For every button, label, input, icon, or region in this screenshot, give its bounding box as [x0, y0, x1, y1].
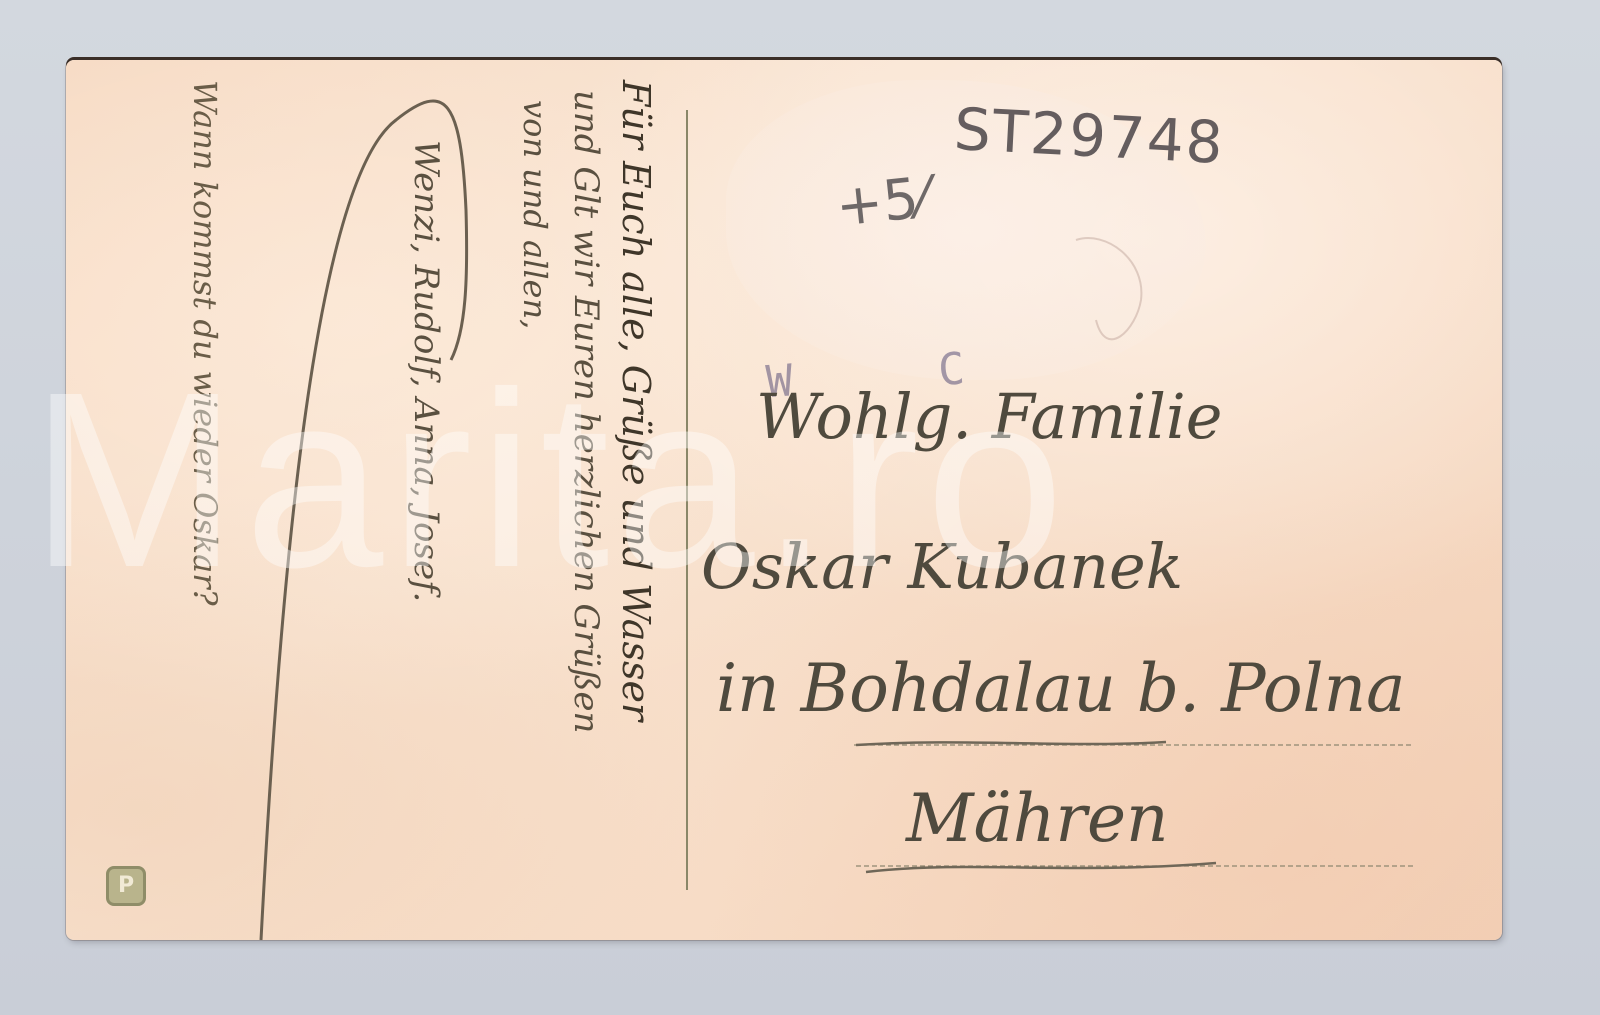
publisher-logo-icon: P	[106, 866, 146, 906]
message-line: und Glt wir Euren herzlichen Grüßen	[566, 90, 606, 733]
address-line-recipient: Wohlg. Familie	[756, 380, 1222, 453]
message-line: von und allen,	[516, 100, 554, 329]
address-line-region: Mähren	[906, 780, 1169, 857]
address-line-name: Oskar Kubanek	[701, 530, 1183, 603]
inventory-code: ST29748	[952, 95, 1226, 177]
postcard: ST29748 +5⁄ W C Wohlg. Familie Oskar Kub…	[66, 60, 1502, 940]
message-signature: Wenzi, Rudolf, Anna, Josef.	[406, 140, 446, 602]
correspondence-divider	[686, 110, 688, 890]
message-postscript: Wann kommst du wieder Oskar?	[186, 80, 224, 606]
address-line-town: in Bohdalau b. Polna	[716, 650, 1406, 727]
price-pencil-mark: +5⁄	[833, 165, 931, 239]
message-line: Für Euch alle, Grüße und Wasser	[614, 80, 658, 721]
